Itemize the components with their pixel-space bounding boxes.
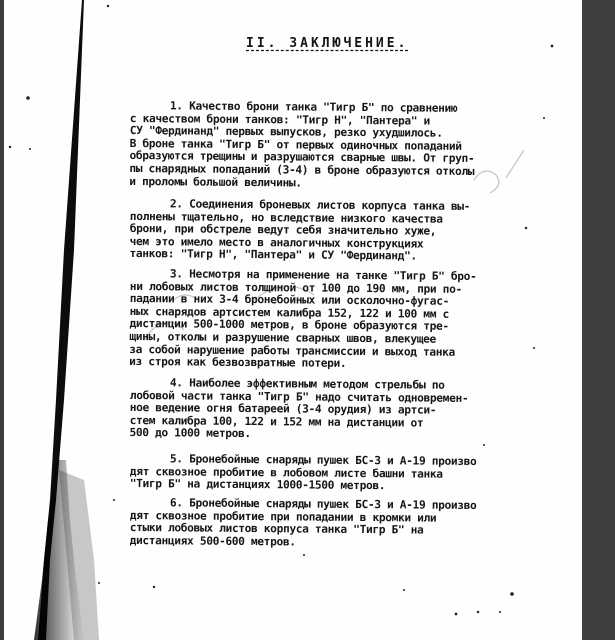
- paragraph-line: из строя как безвозвратные потери.: [129, 356, 569, 372]
- paragraph-3: 3. Несмотря на применение на танке "Тигр…: [129, 268, 570, 373]
- paragraph-line: танков: "Тигр Н", "Пантера" и СУ "Фердин…: [129, 248, 569, 264]
- scanned-page: II. ЗАКЛЮЧЕНИЕ. 1. Качество брони танка …: [4, 0, 582, 640]
- viewer-right-panel: [582, 0, 615, 640]
- paragraph-4: 4. Наиболее эффективным методом стрельбы…: [129, 377, 570, 444]
- paragraph-line: "Тигр Б" на дистанциях 1000-1500 метров.: [130, 478, 570, 494]
- paragraph-5: 5. Бронебойные снаряды пушек БС-3 и А-19…: [130, 453, 570, 495]
- paragraph-line: дистанциях 500-600 метров.: [130, 535, 570, 551]
- paragraph-2: 2. Соединения броневых листов корпуса та…: [129, 198, 570, 265]
- paragraph-line: 500 до 1000 метров.: [129, 427, 569, 443]
- paragraph-1: 1. Качество брони танка "Тигр Б" по срав…: [129, 100, 570, 192]
- paragraph-line: и проломы большой величины.: [129, 176, 569, 192]
- paragraph-6: 6. Бронебойные снаряды пушек БС-3 и А-19…: [130, 497, 570, 551]
- document-title: II. ЗАКЛЮЧЕНИЕ.: [246, 36, 408, 51]
